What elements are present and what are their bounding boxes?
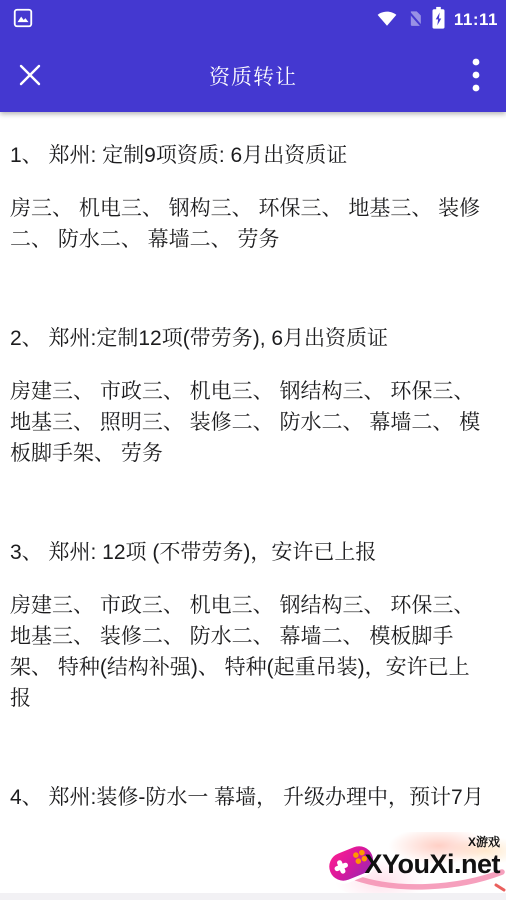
listing-item-3: 3、 郑州: 12项 (不带劳务)，安许已上报 房建三、 市政三、 机电三、 钢…	[10, 537, 490, 714]
status-bar-right: 11:11	[375, 6, 500, 35]
item-title: 2、 郑州:定制12项(带劳务), 6月出资质证	[10, 323, 490, 354]
screenshot-notification-icon	[12, 7, 34, 34]
close-icon	[17, 62, 43, 91]
content-area[interactable]: 1、 郑州: 定制9项资质: 6月出资质证 房三、 机电三、 钢构三、 环保三、…	[0, 112, 506, 813]
battery-charging-icon	[431, 6, 446, 35]
watermark-tagline: X游戏	[364, 835, 500, 849]
item-title: 4、 郑州:装修-防水一 幕墙， 升级办理中，预计7月	[10, 782, 490, 813]
item-title: 1、 郑州: 定制9项资质: 6月出资质证	[10, 140, 490, 171]
item-body: 房三、 机电三、 钢构三、 环保三、 地基三、 装修二、 防水二、 幕墙二、 劳…	[10, 193, 490, 255]
listing-item-1: 1、 郑州: 定制9项资质: 6月出资质证 房三、 机电三、 钢构三、 环保三、…	[10, 140, 490, 255]
page-title: 资质转让	[56, 61, 450, 91]
status-bar-left	[12, 7, 34, 34]
no-sim-icon	[405, 7, 425, 34]
top-chrome: 11:11 资质转让	[0, 0, 506, 112]
bottom-strip	[0, 893, 506, 900]
listing-item-4: 4、 郑州:装修-防水一 幕墙， 升级办理中，预计7月	[10, 782, 490, 813]
app-bar: 资质转让	[0, 40, 506, 112]
wifi-icon	[375, 7, 399, 34]
overflow-menu-button[interactable]	[450, 50, 502, 102]
item-body: 房建三、 市政三、 机电三、 钢结构三、 环保三、 地基三、 装修二、 防水二、…	[10, 590, 490, 714]
item-title: 3、 郑州: 12项 (不带劳务)，安许已上报	[10, 537, 490, 568]
close-button[interactable]	[4, 50, 56, 102]
status-bar-clock: 11:11	[454, 10, 500, 30]
status-bar: 11:11	[0, 0, 506, 40]
listing-item-2: 2、 郑州:定制12项(带劳务), 6月出资质证 房建三、 市政三、 机电三、 …	[10, 323, 490, 469]
item-body: 房建三、 市政三、 机电三、 钢结构三、 环保三、 地基三、 照明三、 装修二、…	[10, 376, 490, 469]
app-screen: 11:11 资质转让	[0, 0, 506, 900]
watermark-site-name: XYouXi.net	[364, 849, 500, 879]
kebab-menu-icon	[471, 57, 481, 96]
watermark: X游戏 XYouXi.net	[326, 832, 506, 894]
watermark-texts: X游戏 XYouXi.net	[364, 835, 500, 879]
